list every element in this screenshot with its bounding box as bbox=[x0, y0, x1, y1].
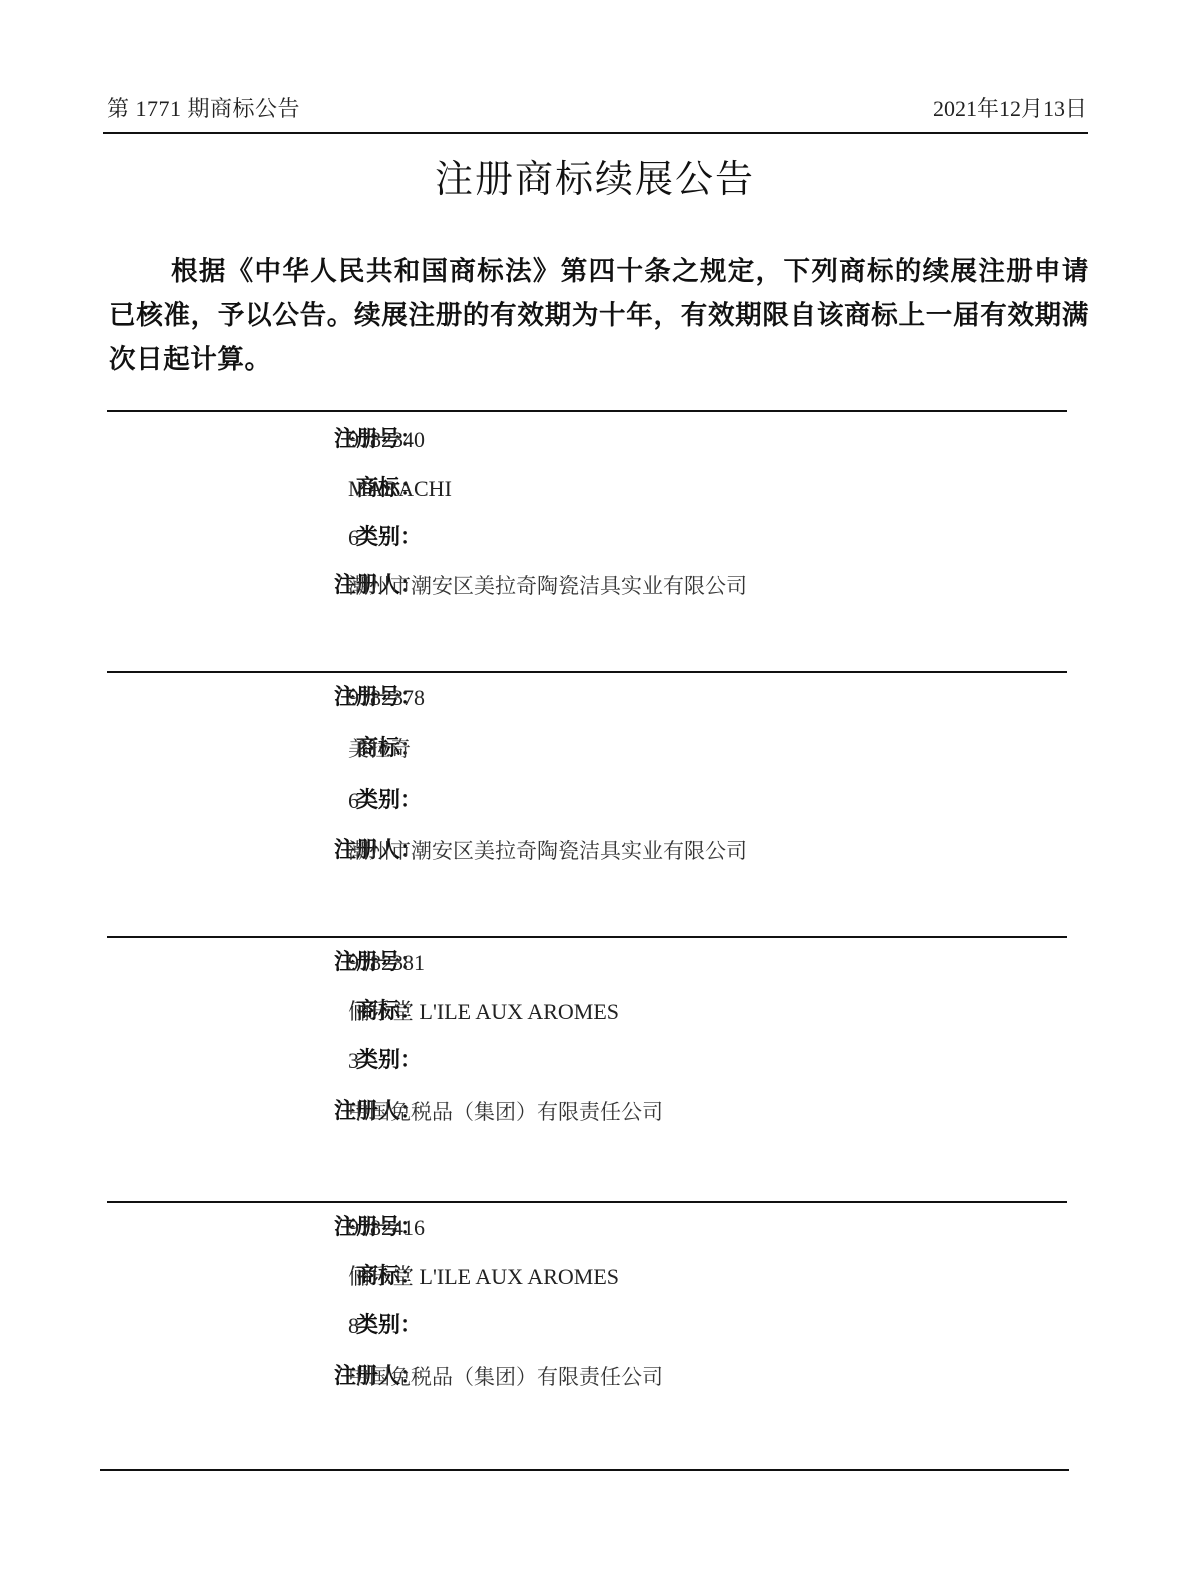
field-registrant: 注册人： 潮州市潮安区美拉奇陶瓷洁具实业有限公司 bbox=[107, 835, 1067, 869]
value-registrant: 潮州市潮安区美拉奇陶瓷洁具实业有限公司 bbox=[348, 570, 747, 602]
value-class: 6 bbox=[348, 785, 359, 817]
label-class: 类别： bbox=[356, 785, 422, 817]
field-mark: 商标： 俪乐堂 L'ILE AUX AROMES bbox=[107, 996, 1067, 1030]
document-title: 注册商标续展公告 bbox=[0, 148, 1190, 203]
value-mark: 俪乐堂 L'ILE AUX AROMES bbox=[348, 996, 619, 1028]
field-class: 类别： 6 bbox=[107, 522, 1067, 556]
intro-paragraph: 根据《中华人民共和国商标法》第四十条之规定，下列商标的续展注册申请已核准，予以公… bbox=[109, 250, 1089, 382]
header-divider bbox=[103, 132, 1088, 134]
value-reg-no: 9782378 bbox=[348, 682, 425, 714]
value-registrant: 潮州市潮安区美拉奇陶瓷洁具实业有限公司 bbox=[348, 835, 747, 867]
field-reg-no: 注册号： 9782381 bbox=[107, 947, 1067, 981]
entry-divider bbox=[107, 936, 1067, 938]
value-registrant: 中国免税品（集团）有限责任公司 bbox=[348, 1361, 663, 1393]
entry-divider bbox=[107, 1201, 1067, 1203]
field-class: 类别： 3 bbox=[107, 1045, 1067, 1079]
page-header: 第 1771 期商标公告 2021年12月13日 bbox=[107, 88, 1087, 128]
value-reg-no: 9782416 bbox=[348, 1212, 425, 1244]
footer-divider bbox=[100, 1469, 1069, 1471]
label-class: 类别： bbox=[356, 1045, 422, 1077]
value-reg-no: 9782381 bbox=[348, 947, 425, 979]
field-reg-no: 注册号： 9782416 bbox=[107, 1212, 1067, 1246]
value-reg-no: 9782340 bbox=[348, 424, 425, 456]
value-mark: 美拉奇 bbox=[348, 733, 411, 765]
field-reg-no: 注册号： 9782378 bbox=[107, 682, 1067, 716]
label-class: 类别： bbox=[356, 1310, 422, 1342]
label-class: 类别： bbox=[356, 522, 422, 554]
field-mark: 商标： 俪乐堂 L'ILE AUX AROMES bbox=[107, 1261, 1067, 1295]
value-mark: 俪乐堂 L'ILE AUX AROMES bbox=[348, 1261, 619, 1293]
field-registrant: 注册人： 潮州市潮安区美拉奇陶瓷洁具实业有限公司 bbox=[107, 570, 1067, 604]
entry-divider bbox=[107, 410, 1067, 412]
field-mark: 商标： MARACHI bbox=[107, 473, 1067, 507]
field-mark: 商标： 美拉奇 bbox=[107, 733, 1067, 767]
field-class: 类别： 6 bbox=[107, 785, 1067, 819]
field-registrant: 注册人： 中国免税品（集团）有限责任公司 bbox=[107, 1096, 1067, 1130]
value-class: 3 bbox=[348, 1045, 359, 1077]
entry-divider bbox=[107, 671, 1067, 673]
value-registrant: 中国免税品（集团）有限责任公司 bbox=[348, 1096, 663, 1128]
field-registrant: 注册人： 中国免税品（集团）有限责任公司 bbox=[107, 1361, 1067, 1395]
field-reg-no: 注册号： 9782340 bbox=[107, 424, 1067, 458]
value-class: 8 bbox=[348, 1310, 359, 1342]
value-class: 6 bbox=[348, 522, 359, 554]
field-class: 类别： 8 bbox=[107, 1310, 1067, 1344]
value-mark: MARACHI bbox=[348, 473, 452, 505]
issue-number: 第 1771 期商标公告 bbox=[107, 92, 300, 123]
issue-date: 2021年12月13日 bbox=[933, 92, 1087, 123]
